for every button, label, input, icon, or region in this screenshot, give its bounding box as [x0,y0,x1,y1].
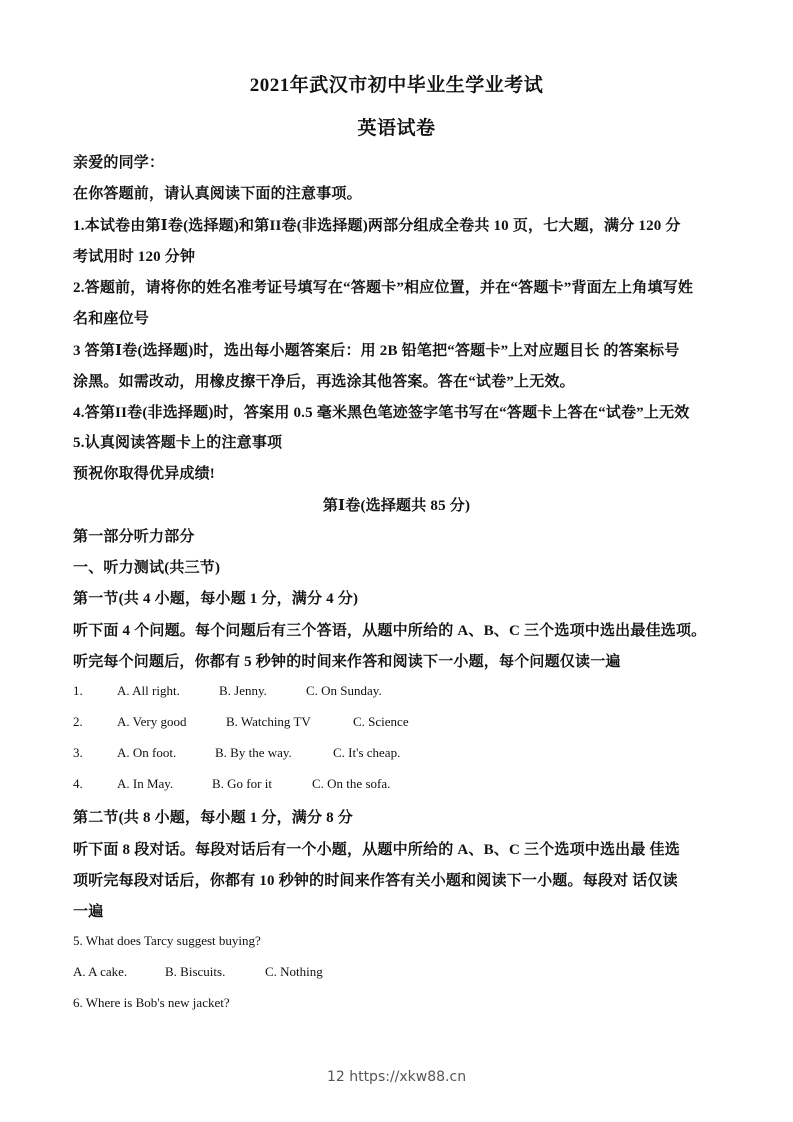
volume-heading: 第Ⅰ卷(选择题共 85 分) [0,494,793,515]
question-row-3: 3. A. On foot. B. By the way. C. It's ch… [73,745,733,763]
note-3: 3 答第Ⅰ卷(选择题)时，选出每小题答案后：用 2B 铅笔把“答题卡”上对应题目… [73,339,679,360]
page-footer-watermark: 12 https://xkw88.cn [0,1069,793,1085]
note-1: 1.本试卷由第Ⅰ卷(选择题)和第II卷(非选择题)两部分组成全卷共 10 页，七… [73,214,681,235]
subsection2-instruction-1: 听下面 8 段对话。每段对话后有一个小题，从题中所给的 A、B、C 三个选项中选… [73,838,680,859]
note-5: 5.认真阅读答题卡上的注意事项 [73,431,282,452]
question-number: 1. [73,683,83,699]
exam-page: 2021年武汉市初中毕业生学业考试 英语试卷 亲爱的同学： 在你答题前，请认真阅… [0,0,793,1122]
subsection2-heading: 第二节(共 8 小题，每小题 1 分，满分 8 分 [73,806,353,827]
note-2: 2.答题前，请将你的姓名准考证号填写在“答题卡”相应位置，并在“答题卡”背面左上… [73,276,693,297]
option-c: C. On the sofa. [312,776,390,792]
option-b: B. Watching TV [226,714,311,730]
question-row-1: 1. A. All right. B. Jenny. C. On Sunday. [73,683,733,701]
note-2-cont: 名和座位号 [73,307,149,328]
option-a: A. On foot. [117,745,176,761]
option-c: C. It's cheap. [333,745,400,761]
option-b: B. Biscuits. [165,964,225,980]
subsection2-instruction-2: 项听完每段对话后，你都有 10 秒钟的时间来作答有关小题和阅读下一小题。每段对 … [73,869,678,890]
option-b: B. By the way. [215,745,292,761]
question-6-prompt: 6. Where is Bob's new jacket? [73,995,230,1011]
option-a: A. Very good [117,714,186,730]
question-row-2: 2. A. Very good B. Watching TV C. Scienc… [73,714,733,732]
option-c: C. On Sunday. [306,683,382,699]
note-3-cont: 涂黑。如需改动，用橡皮擦干净后，再选涂其他答案。答在“试卷”上无效。 [73,370,575,391]
exam-title: 2021年武汉市初中毕业生学业考试 [0,70,793,97]
option-a: A. In May. [117,776,173,792]
question-5-options: A. A cake. B. Biscuits. C. Nothing [73,964,733,982]
question-number: 4. [73,776,83,792]
question-number: 2. [73,714,83,730]
subsection1-heading: 第一节(共 4 小题，每小题 1 分，满分 4 分) [73,587,358,608]
exam-subtitle: 英语试卷 [0,113,793,140]
question-number: 3. [73,745,83,761]
option-b: B. Go for it [212,776,272,792]
question-row-4: 4. A. In May. B. Go for it C. On the sof… [73,776,733,794]
wish-text: 预祝你取得优异成绩! [73,462,215,483]
option-c: C. Nothing [265,964,323,980]
option-c: C. Science [353,714,409,730]
subsection1-instruction-2: 听完每个问题后，你都有 5 秒钟的时间来作答和阅读下一小题，每个问题仅读一遍 [73,650,621,671]
subsection1-instruction-1: 听下面 4 个问题。每个问题后有三个答语，从题中所给的 A、B、C 三个选项中选… [73,619,706,640]
part1-heading: 第一部分听力部分 [73,525,195,546]
note-1-cont: 考试用时 120 分钟 [73,245,195,266]
note-4: 4.答第II卷(非选择题)时，答案用 0.5 毫米黑色笔迹签字笔书写在“答题卡上… [73,401,689,422]
option-a: A. All right. [117,683,180,699]
option-a: A. A cake. [73,964,127,980]
subsection2-instruction-3: 一遍 [73,900,103,921]
intro-text: 在你答题前，请认真阅读下面的注意事项。 [73,182,362,203]
greeting: 亲爱的同学： [73,151,164,172]
option-b: B. Jenny. [219,683,267,699]
section-heading: 一、听力测试(共三节) [73,556,220,577]
question-5-prompt: 5. What does Tarcy suggest buying? [73,933,261,949]
